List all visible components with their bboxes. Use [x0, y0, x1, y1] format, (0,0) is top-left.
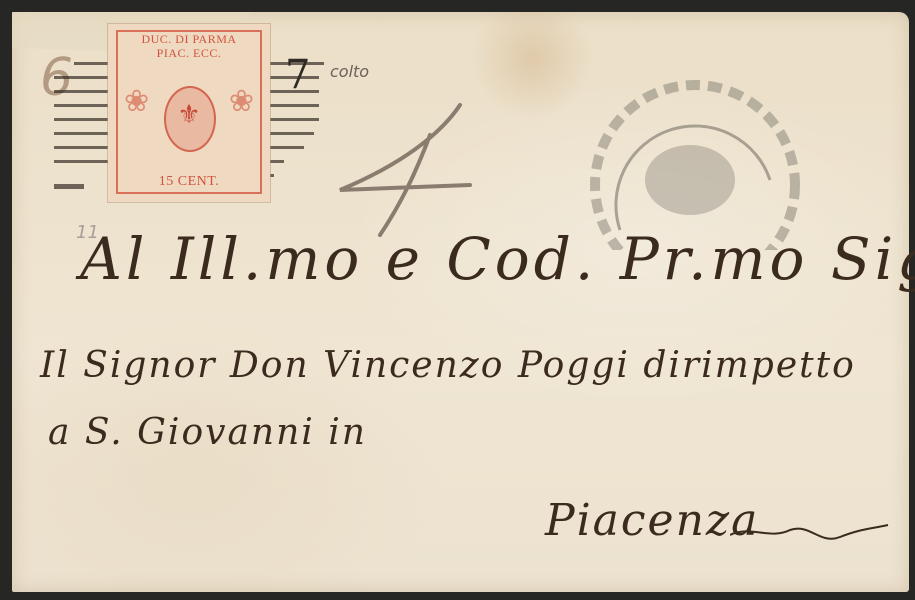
address-line-1: Al Ill.mo e Cod. Pr.mo Sig.r [80, 225, 915, 293]
flourish-underline [730, 515, 890, 555]
postage-stamp: DUC. DI PARMA PIAC. ECC. ❀ ❀ ⚜ 15 CENT. [108, 24, 270, 202]
stamp-value-text: 15 CENT. [108, 174, 270, 190]
manuscript-rate-4 [320, 95, 500, 245]
stamp-second-text: PIAC. ECC. [108, 46, 270, 61]
fleur-de-lis-icon: ⚜ [108, 100, 270, 130]
address-line-3: a S. Giovanni in [48, 412, 367, 453]
stamp-top-text: DUC. DI PARMA [108, 32, 270, 47]
pencil-note-colto: colto [330, 62, 369, 81]
address-line-2: Il Signor Don Vincenzo Poggi dirimpetto [40, 345, 856, 386]
address-line-4-city: Piacenza [545, 495, 759, 546]
grid-cancel-numeral: 7 [285, 52, 310, 98]
